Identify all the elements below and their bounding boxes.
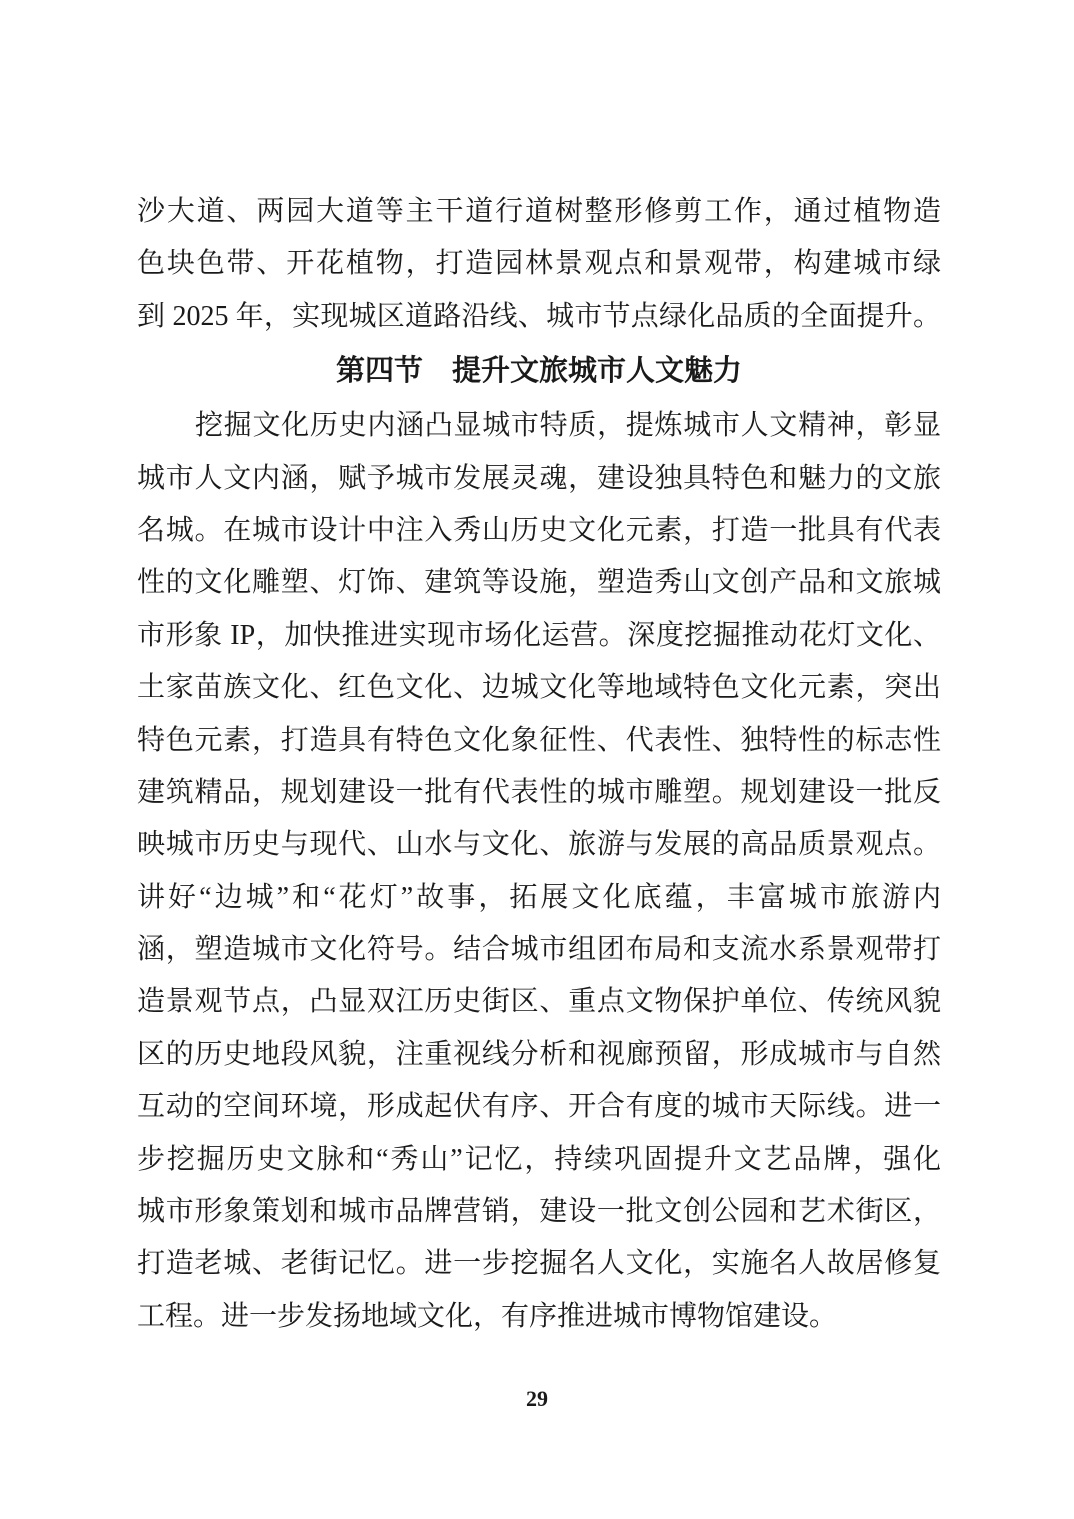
text-line: 挖掘文化历史内涵凸显城市特质，提炼城市人文精神，彰显 xyxy=(137,400,941,452)
text-line: 名城。在城市设计中注入秀山历史文化元素，打造一批具有代表 xyxy=(137,505,941,557)
text-line: 造景观节点，凸显双江历史街区、重点文物保护单位、传统风貌 xyxy=(137,976,941,1028)
text-line: 土家苗族文化、红色文化、边城文化等地域特色文化元素，突出 xyxy=(137,662,941,714)
text-line: 讲好“边城”和“花灯”故事，拓展文化底蕴，丰富城市旅游内 xyxy=(137,872,941,924)
paragraph-body: 挖掘文化历史内涵凸显城市特质，提炼城市人文精神，彰显城市人文内涵，赋予城市发展灵… xyxy=(137,400,941,1343)
text-line: 工程。进一步发扬地域文化，有序推进城市博物馆建设。 xyxy=(137,1291,941,1343)
text-line: 市形象 IP，加快推进实现市场化运营。深度挖掘推动花灯文化、 xyxy=(137,610,941,662)
text-line: 涵，塑造城市文化符号。结合城市组团布局和支流水系景观带打 xyxy=(137,924,941,976)
text-line: 映城市历史与现代、山水与文化、旅游与发展的高品质景观点。 xyxy=(137,819,941,871)
text-line: 城市形象策划和城市品牌营销，建设一批文创公园和艺术街区， xyxy=(137,1186,941,1238)
text-line: 打造老城、老街记忆。进一步挖掘名人文化，实施名人故居修复 xyxy=(137,1238,941,1290)
page-number: 29 xyxy=(0,1384,1074,1414)
text-line: 城市人文内涵，赋予城市发展灵魂，建设独具特色和魅力的文旅 xyxy=(137,453,941,505)
text-line: 建筑精品，规划建设一批有代表性的城市雕塑。规划建设一批反 xyxy=(137,767,941,819)
text-line: 性的文化雕塑、灯饰、建筑等设施，塑造秀山文创产品和文旅城 xyxy=(137,557,941,609)
text-line: 色块色带、开花植物，打造园林景观点和景观带，构建城市绿廊。 xyxy=(137,238,941,290)
text-line: 区的历史地段风貌，注重视线分析和视廊预留，形成城市与自然 xyxy=(137,1029,941,1081)
text-block: 沙大道、两园大道等主干道行道树整形修剪工作，通过植物造型、色块色带、开花植物，打… xyxy=(137,186,941,1343)
text-line: 特色元素，打造具有特色文化象征性、代表性、独特性的标志性 xyxy=(137,715,941,767)
paragraph-continued: 沙大道、两园大道等主干道行道树整形修剪工作，通过植物造型、色块色带、开花植物，打… xyxy=(137,186,941,343)
text-line: 互动的空间环境，形成起伏有序、开合有度的城市天际线。进一 xyxy=(137,1081,941,1133)
section-heading: 第四节 提升文旅城市人文魅力 xyxy=(137,343,941,400)
document-page: 沙大道、两园大道等主干道行道树整形修剪工作，通过植物造型、色块色带、开花植物，打… xyxy=(0,0,1074,1519)
text-line: 到 2025 年，实现城区道路沿线、城市节点绿化品质的全面提升。 xyxy=(137,291,941,343)
text-line: 步挖掘历史文脉和“秀山”记忆，持续巩固提升文艺品牌，强化 xyxy=(137,1134,941,1186)
text-line: 沙大道、两园大道等主干道行道树整形修剪工作，通过植物造型、 xyxy=(137,186,941,238)
